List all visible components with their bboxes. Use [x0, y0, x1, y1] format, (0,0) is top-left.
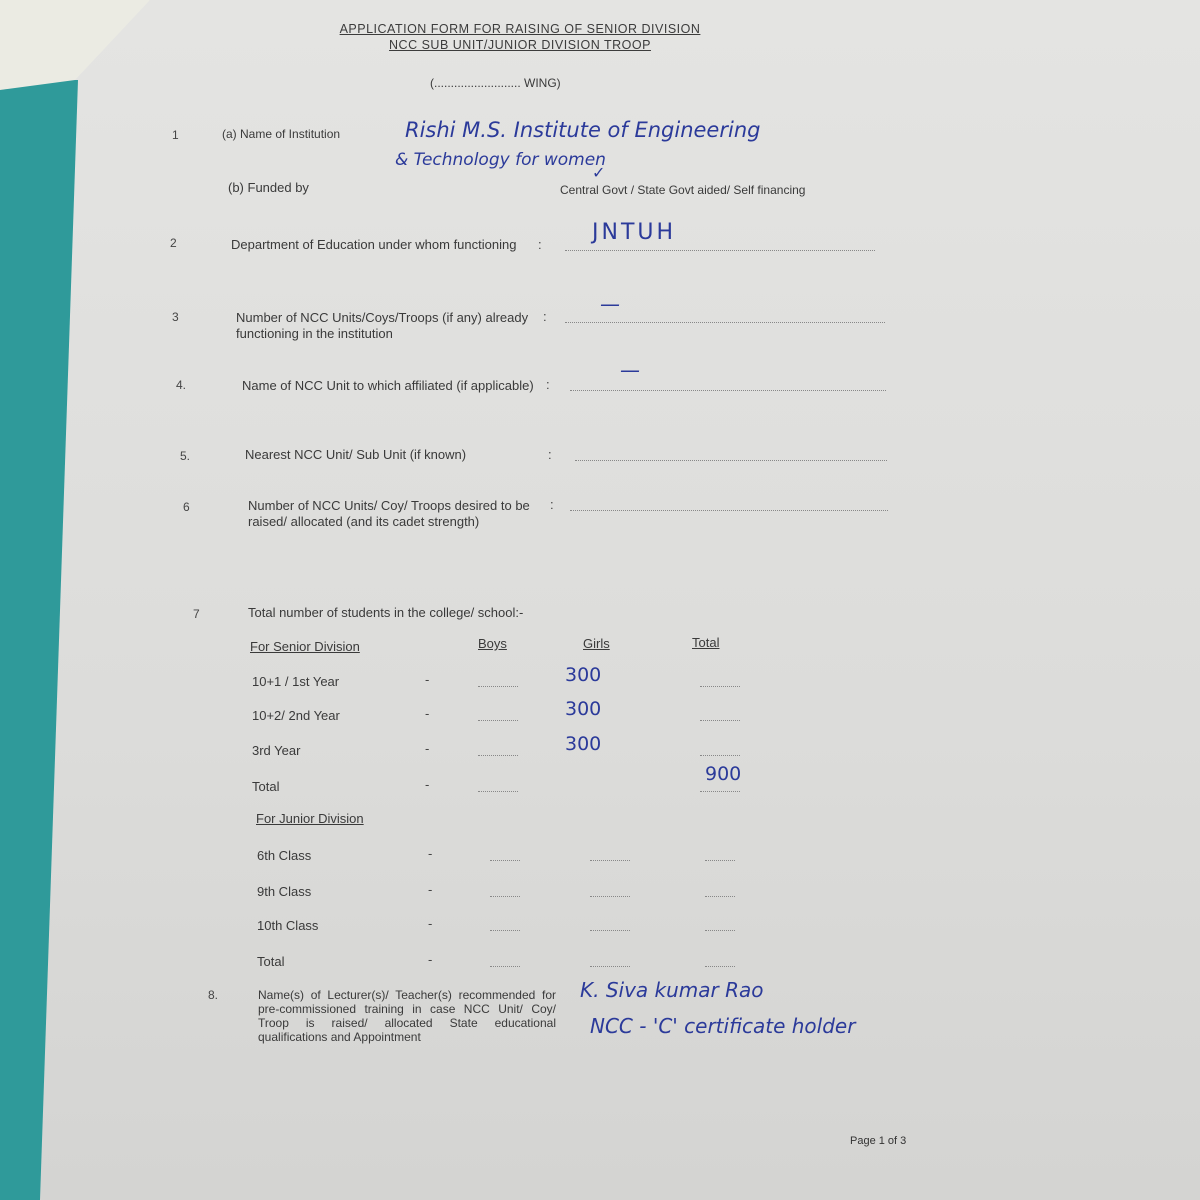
funded-by-options: Central Govt / State Govt aided/ Self fi… — [560, 182, 805, 198]
item-7-number: 7 — [193, 607, 200, 621]
boys-field — [490, 896, 520, 897]
nearest-unit-label: Nearest NCC Unit/ Sub Unit (if known) — [245, 447, 466, 463]
students-label: Total number of students in the college/… — [248, 605, 523, 621]
junior-row-label: 10th Class — [257, 918, 318, 934]
dotted-line — [565, 322, 885, 323]
institution-name-value-line1: Rishi M.S. Institute of Engineering — [405, 118, 760, 142]
existing-units-value: — — [600, 292, 620, 316]
junior-row-label: 6th Class — [257, 848, 311, 864]
dash: - — [425, 777, 429, 792]
junior-division-heading: For Junior Division — [256, 811, 364, 827]
lecturer-label: Name(s) of Lecturer(s)/ Teacher(s) recom… — [258, 988, 556, 1044]
total-field — [705, 860, 735, 861]
senior-row-label: 10+2/ 2nd Year — [252, 708, 340, 724]
boys-field — [478, 686, 518, 687]
item-6-number: 6 — [183, 500, 190, 514]
department-value: JNTUH — [592, 220, 676, 245]
dash: - — [428, 952, 432, 967]
dash: - — [425, 741, 429, 756]
total-field — [700, 686, 740, 687]
form-title-line1: APPLICATION FORM FOR RAISING OF SENIOR D… — [300, 22, 740, 36]
boys-field — [490, 966, 520, 967]
girls-field — [590, 896, 630, 897]
girls-field — [590, 930, 630, 931]
funded-by-label: (b) Funded by — [228, 180, 309, 196]
colon: : — [546, 377, 550, 392]
dash: - — [425, 706, 429, 721]
senior-row-label: 10+1 / 1st Year — [252, 674, 339, 690]
dash: - — [428, 846, 432, 861]
girls-field — [590, 966, 630, 967]
junior-row-label: Total — [257, 954, 284, 970]
boys-field — [478, 720, 518, 721]
senior-row-label: 3rd Year — [252, 743, 300, 759]
affiliated-unit-value: — — [620, 358, 640, 382]
lecturer-qualification-value: NCC - 'C' certificate holder — [590, 1014, 855, 1038]
funded-by-checkmark: ✓ — [592, 163, 605, 182]
girls-value: 300 — [565, 733, 601, 755]
units-desired-field — [570, 510, 888, 511]
dash: - — [428, 882, 432, 897]
institution-name-label: (a) Name of Institution — [222, 126, 340, 142]
girls-field — [590, 860, 630, 861]
item-1-number: 1 — [172, 128, 179, 142]
dash: - — [428, 916, 432, 931]
item-2-number: 2 — [170, 236, 177, 250]
total-field — [700, 755, 740, 756]
units-desired-label: Number of NCC Units/ Coy/ Troops desired… — [248, 498, 538, 530]
boys-field — [490, 860, 520, 861]
wing-field: (.......................... WING) — [430, 76, 561, 90]
colon: : — [538, 237, 542, 252]
colon: : — [548, 447, 552, 462]
col-boys: Boys — [478, 636, 507, 652]
form-title-line2: NCC SUB UNIT/JUNIOR DIVISION TROOP — [300, 38, 740, 52]
page-number: Page 1 of 3 — [850, 1135, 906, 1147]
total-field — [700, 791, 740, 792]
department-label: Department of Education under whom funct… — [231, 237, 531, 253]
colon: : — [543, 309, 547, 324]
col-girls: Girls — [583, 636, 610, 652]
boys-field — [478, 755, 518, 756]
dotted-line — [570, 390, 886, 391]
dash: - — [425, 672, 429, 687]
total-value: 900 — [705, 763, 741, 785]
colon: : — [550, 497, 554, 512]
affiliated-unit-label: Name of NCC Unit to which affiliated (if… — [242, 378, 542, 394]
junior-row-label: 9th Class — [257, 884, 311, 900]
boys-field — [490, 930, 520, 931]
senior-row-label: Total — [252, 779, 279, 795]
total-field — [705, 966, 735, 967]
total-field — [700, 720, 740, 721]
item-8-number: 8. — [208, 988, 218, 1002]
existing-units-label: Number of NCC Units/Coys/Troops (if any)… — [236, 310, 536, 342]
institution-name-value-line2: & Technology for women — [395, 150, 606, 170]
col-total: Total — [692, 635, 719, 651]
item-5-number: 5. — [180, 449, 190, 463]
total-field — [705, 896, 735, 897]
lecturer-name-value: K. Siva kumar Rao — [580, 978, 764, 1002]
boys-field — [478, 791, 518, 792]
dotted-line — [565, 250, 875, 251]
girls-value: 300 — [565, 698, 601, 720]
girls-value: 300 — [565, 664, 601, 686]
nearest-unit-field — [575, 460, 887, 461]
total-field — [705, 930, 735, 931]
senior-division-heading: For Senior Division — [250, 639, 360, 655]
item-3-number: 3 — [172, 310, 179, 324]
item-4-number: 4. — [176, 378, 186, 392]
